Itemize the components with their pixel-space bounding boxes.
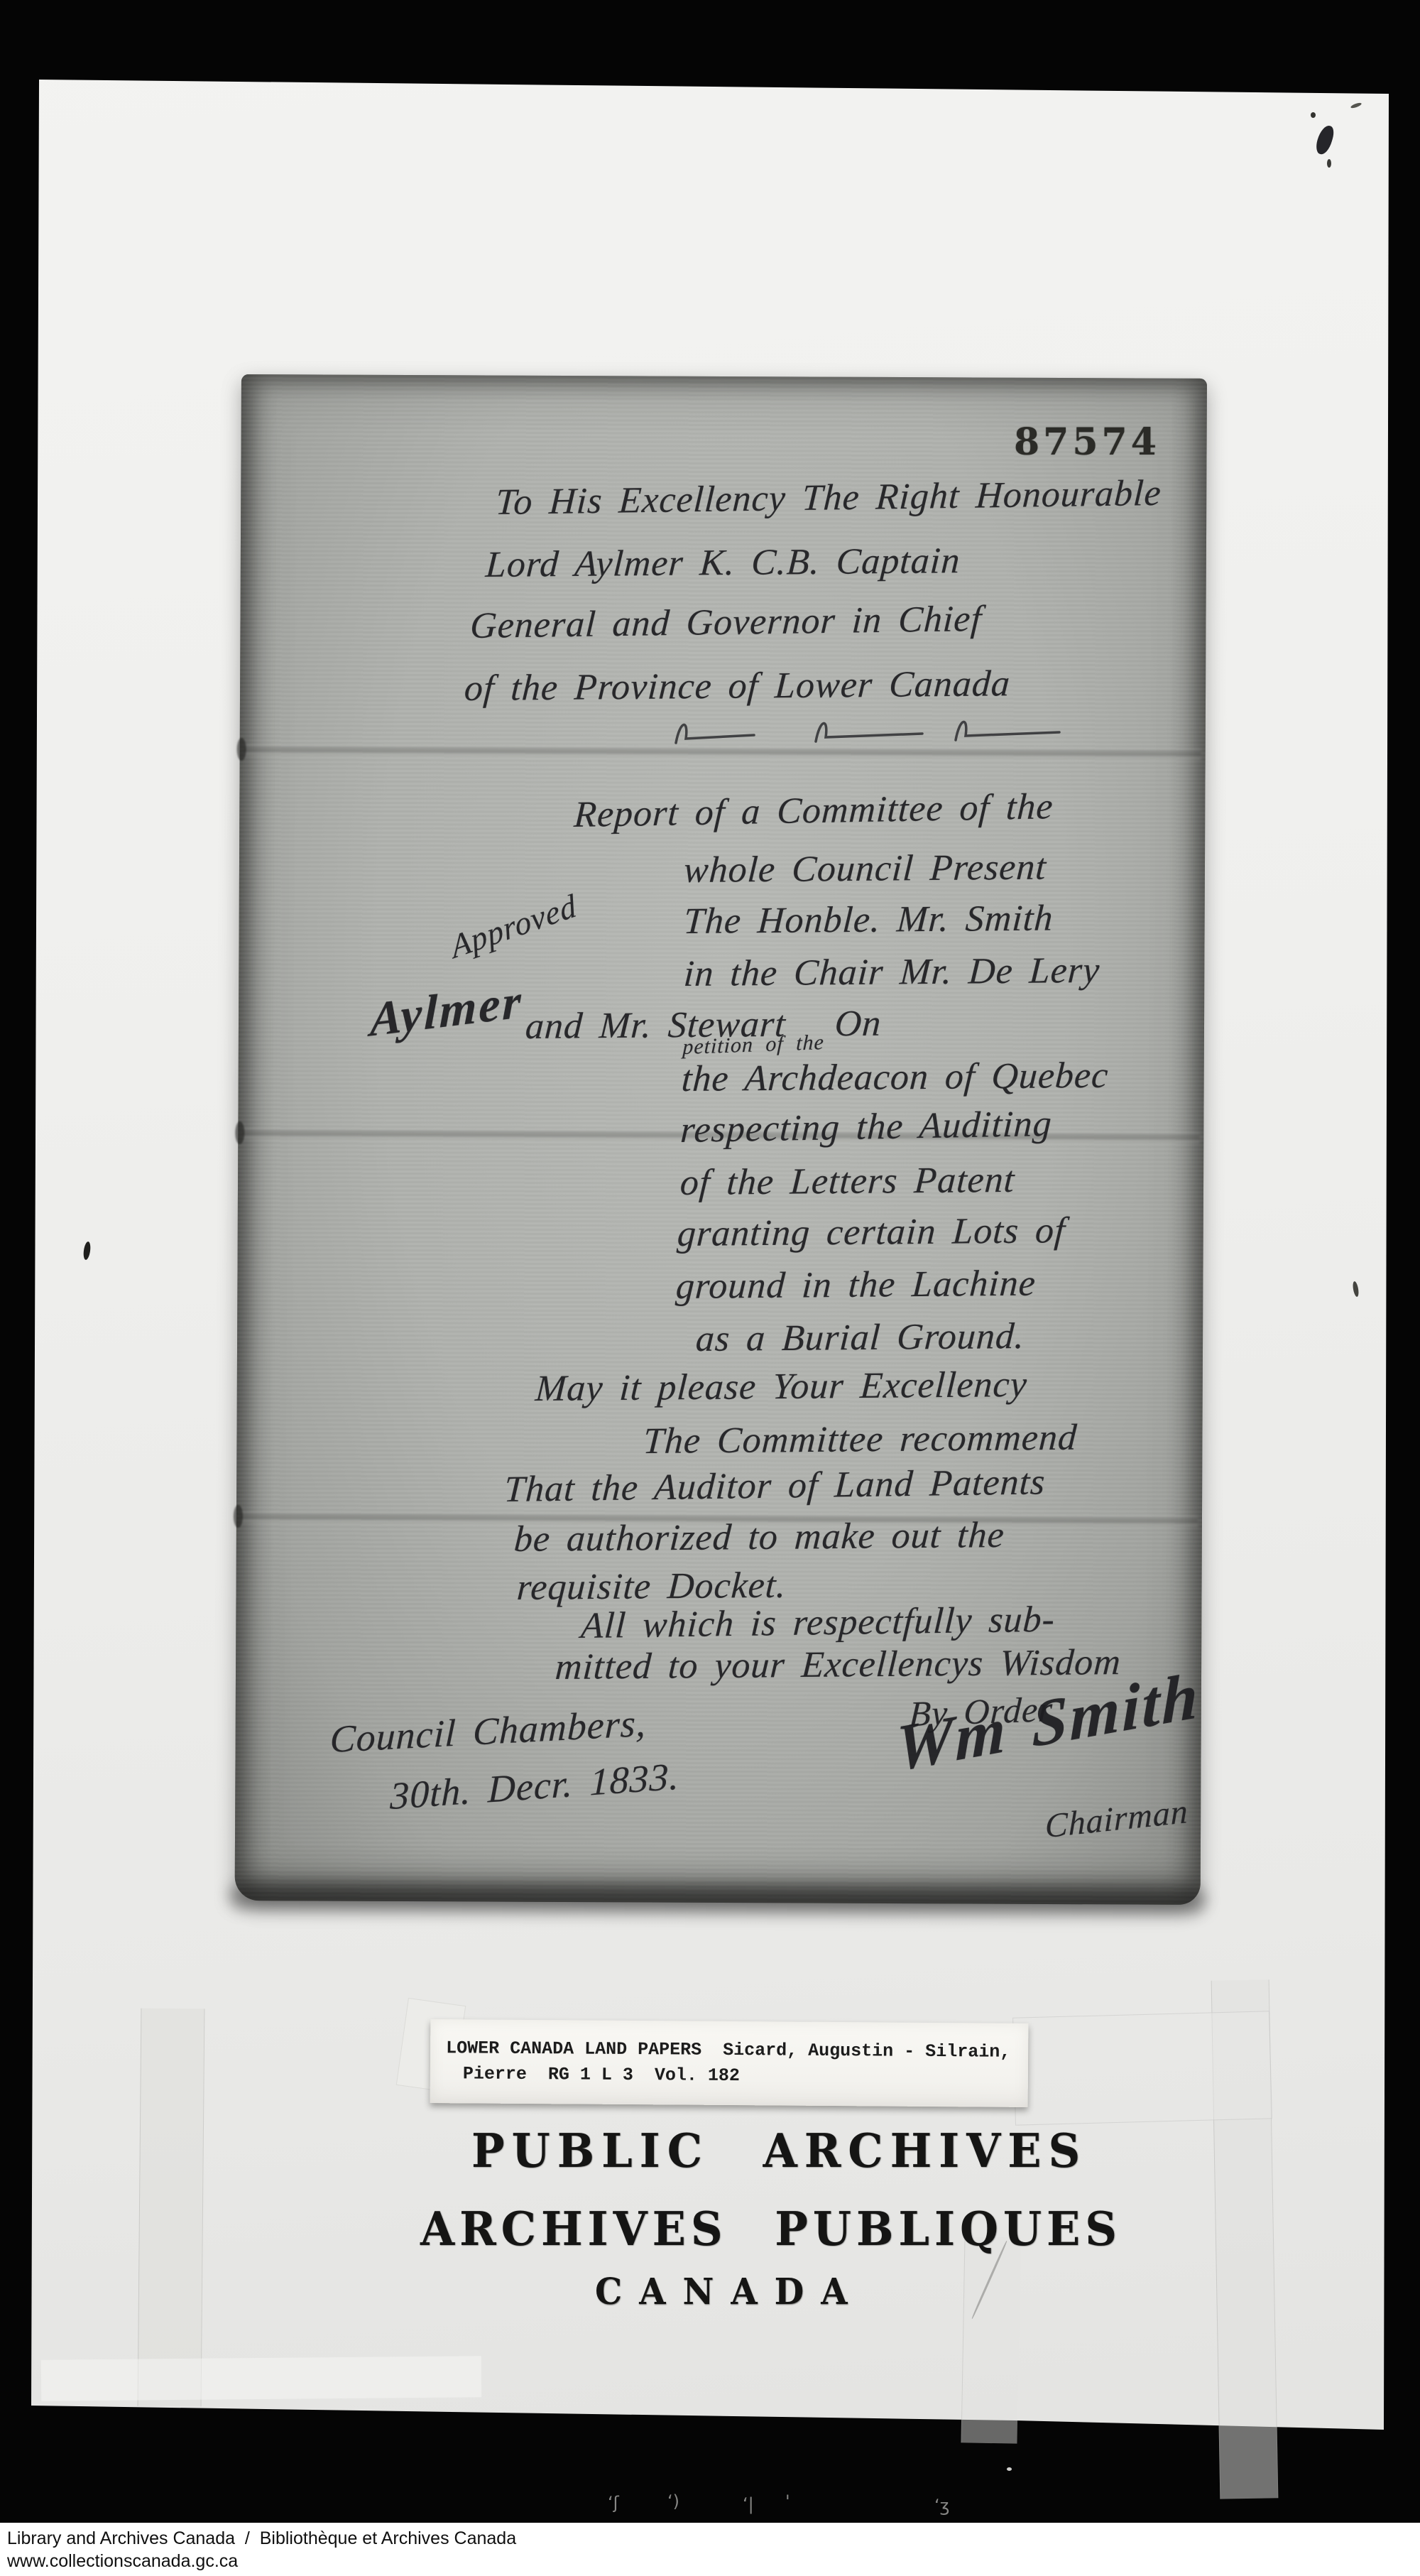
recommendation-line-1: May it please Your Excellency	[534, 1364, 1028, 1410]
recommendation-line-2: The Committee recommend	[642, 1417, 1078, 1462]
recommendation-line-7: mitted to your Excellencys Wisdom	[554, 1641, 1122, 1688]
label-line-1: LOWER CANADA LAND PAPERS Sicard, Augusti…	[446, 2038, 1010, 2063]
stamp-archives-publiques: ARCHIVES PUBLIQUES	[420, 2202, 1122, 2256]
ink-speck	[1311, 112, 1316, 118]
recommendation-line-6: All which is respectfully sub-	[580, 1599, 1056, 1647]
report-line-3: The Honble. Mr. Smith	[682, 897, 1054, 942]
film-mark-2: ʻ)	[667, 2491, 679, 2511]
stamp-canada: CANADA	[595, 2271, 864, 2313]
report-line-10: ground in the Lachine	[674, 1263, 1037, 1308]
fold-notch-3	[234, 1505, 243, 1528]
report-line-2: whole Council Present	[682, 847, 1047, 891]
report-line-9: granting certain Lots of	[676, 1210, 1066, 1255]
ink-speck-small	[1327, 159, 1331, 168]
footer-url: www.collectionscanada.gc.ca	[7, 2551, 238, 2572]
report-line-8: of the Letters Patent	[679, 1159, 1016, 1204]
flourish-marks	[670, 712, 1068, 753]
fold-notch-2	[235, 1121, 244, 1144]
film-mark-5: ʻʒ	[934, 2496, 950, 2516]
film-speck	[1007, 2467, 1012, 2471]
recommendation-line-5: requisite Docket.	[515, 1565, 787, 1609]
typed-catalogue-label: LOWER CANADA LAND PAPERS Sicard, Augusti…	[430, 2019, 1029, 2107]
film-mark-3: ʻ|	[743, 2494, 754, 2514]
address-line-2: Lord Aylmer K. C.B. Captain	[484, 540, 961, 586]
address-line-4: of the Province of Lower Canada	[463, 663, 1011, 710]
tape-strip-bottom-left	[41, 2356, 481, 2401]
address-line-3: General and Governor in Chief	[469, 598, 983, 647]
label-line-2: Pierre RG 1 L 3 Vol. 182	[463, 2063, 740, 2086]
footer-strip: Library and Archives Canada / Bibliothèq…	[0, 2523, 1420, 2576]
report-line-6: the Archdeacon of Quebec	[680, 1055, 1110, 1100]
recommendation-line-4: be authorized to make out the	[513, 1514, 1005, 1560]
tape-strip-right-horizontal	[1012, 2011, 1272, 2125]
recommendation-line-3: That the Auditor of Land Patents	[503, 1461, 1047, 1511]
archive-number: 87574	[1014, 420, 1160, 464]
report-line-11: as a Burial Ground.	[694, 1315, 1026, 1360]
report-line-1: Report of a Committee of the	[573, 786, 1054, 836]
scanned-document: 87574 To His Excellency The Right Honour…	[0, 0, 1420, 2576]
report-insert-petition: petition of the	[682, 1031, 825, 1060]
tape-strip-bottom-right	[961, 2237, 1020, 2443]
film-mark-4: '	[785, 2491, 790, 2511]
fold-notch-1	[237, 738, 246, 761]
footer-credit: Library and Archives Canada / Bibliothèq…	[7, 2528, 516, 2549]
stamp-public-archives: PUBLIC ARCHIVES	[471, 2124, 1087, 2178]
tape-strip-left-vertical	[138, 2009, 205, 2407]
report-line-7: respecting the Auditing	[679, 1103, 1053, 1151]
film-mark-1: ʻʃ	[608, 2493, 619, 2513]
report-line-4: in the Chair Mr. De Lery	[682, 950, 1101, 995]
